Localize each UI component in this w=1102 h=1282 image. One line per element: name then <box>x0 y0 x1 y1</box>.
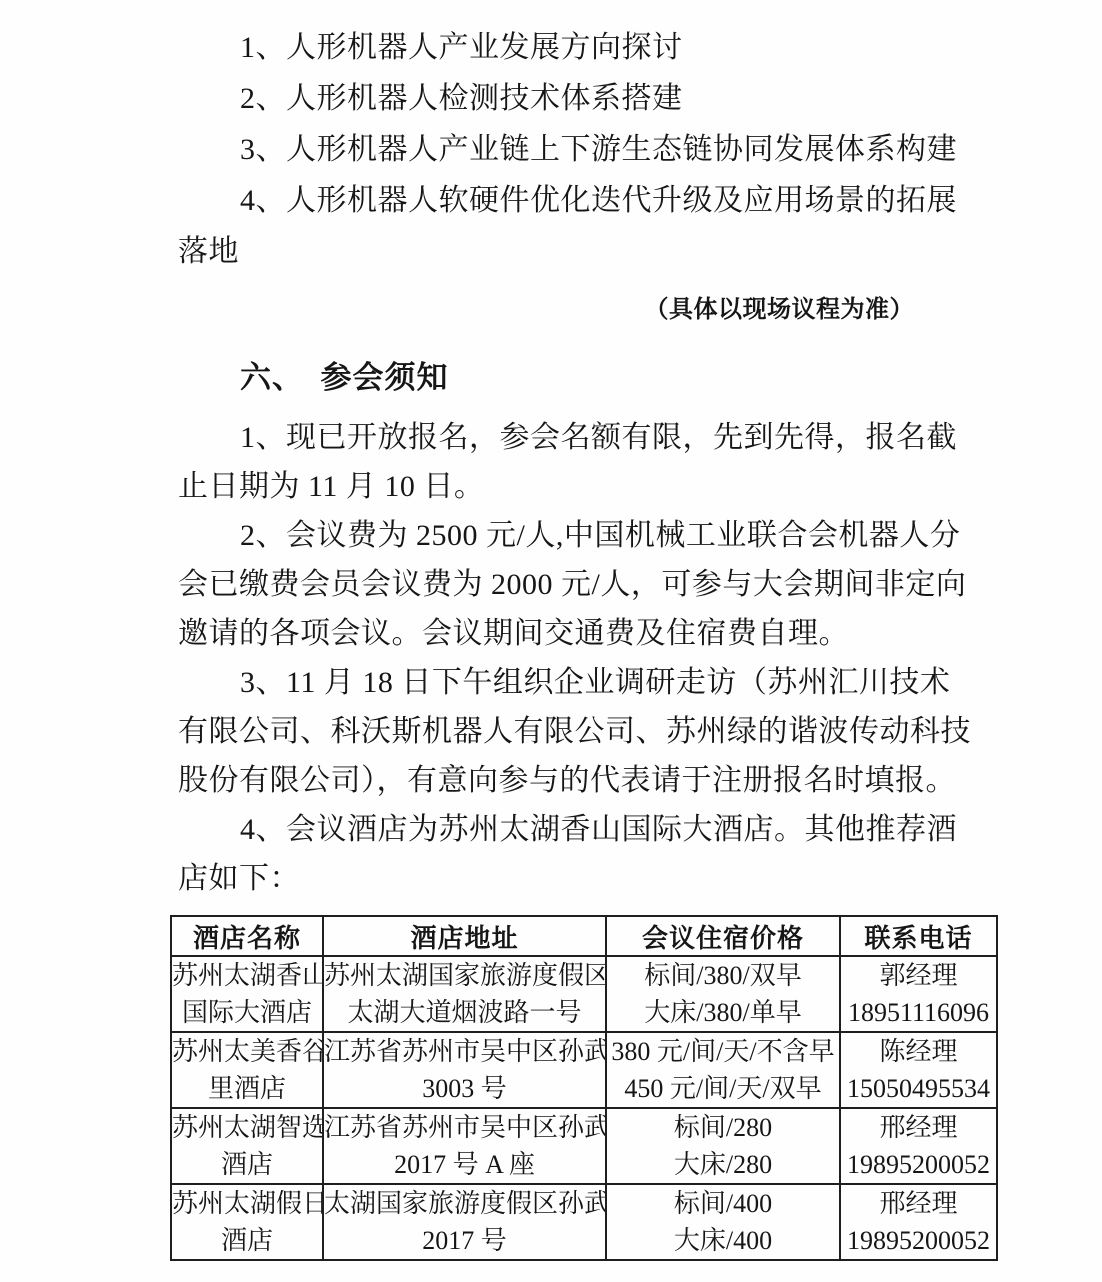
cell-line: 江苏省苏州市吴中区孙武路 <box>324 1109 605 1146</box>
hotel-contact-cell: 郭经理 18951116096 <box>840 956 997 1032</box>
hotel-table-header-row: 酒店名称 酒店地址 会议住宿价格 联系电话 <box>171 916 997 956</box>
cell-line: 陈经理 <box>841 1033 996 1070</box>
cell-line: 邢经理 <box>841 1185 996 1222</box>
hotel-contact-cell: 邢经理 19895200052 <box>840 1184 997 1260</box>
cell-line: 邢经理 <box>841 1109 996 1146</box>
cell-line: 苏州太湖智选 <box>172 1109 322 1146</box>
header-hotel-name: 酒店名称 <box>171 916 323 956</box>
cell-line: 太湖大道烟波路一号 <box>324 994 605 1031</box>
cell-line: 3003 号 <box>324 1070 605 1107</box>
hotel-address-cell: 苏州太湖国家旅游度假区环 太湖大道烟波路一号 <box>323 956 606 1032</box>
schedule-note: （具体以现场议程为准） <box>178 293 938 327</box>
cell-line: 苏州太湖国家旅游度假区环 <box>324 957 605 994</box>
header-hotel-address: 酒店地址 <box>323 916 606 956</box>
cell-line: 15050495534 <box>841 1070 996 1107</box>
cell-line: 19895200052 <box>841 1146 996 1183</box>
hotel-address-cell: 江苏省苏州市吴中区孙武路 2017 号 A 座 <box>323 1108 606 1184</box>
cell-line: 江苏省苏州市吴中区孙武路 <box>324 1033 605 1070</box>
hotel-price-cell: 标间/380/双早 大床/380/单早 <box>606 956 840 1032</box>
agenda-item-4: 4、人形机器人软硬件优化迭代升级及应用场景的拓展 <box>178 175 938 226</box>
cell-line: 苏州太美香谷 <box>172 1033 322 1070</box>
header-contact-phone: 联系电话 <box>840 916 997 956</box>
cell-line: 18951116096 <box>841 994 996 1031</box>
section-heading: 六、 参会须知 <box>178 357 938 399</box>
header-room-price: 会议住宿价格 <box>606 916 840 956</box>
para1-line1: 1、现已开放报名，参会名额有限，先到先得，报名截 <box>178 413 938 462</box>
cell-line: 450 元/间/天/双早 <box>607 1070 839 1107</box>
agenda-item-1: 1、人形机器人产业发展方向探讨 <box>178 22 938 73</box>
table-row: 苏州太美香谷 里酒店 江苏省苏州市吴中区孙武路 3003 号 380 元/间/天… <box>171 1032 997 1108</box>
cell-line: 标间/400 <box>607 1185 839 1222</box>
hotel-name-cell: 苏州太湖智选 酒店 <box>171 1108 323 1184</box>
hotel-contact-cell: 陈经理 15050495534 <box>840 1032 997 1108</box>
cell-line: 大床/400 <box>607 1222 839 1259</box>
document-page: 1、人形机器人产业发展方向探讨 2、人形机器人检测技术体系搭建 3、人形机器人产… <box>0 0 1102 1282</box>
notice-paragraphs: 1、现已开放报名，参会名额有限，先到先得，报名截 止日期为 11 月 10 日。… <box>178 413 938 903</box>
cell-line: 太湖国家旅游度假区孙武路 <box>324 1185 605 1222</box>
cell-line: 国际大酒店 <box>172 994 322 1031</box>
para3-line3: 股份有限公司），有意向参与的代表请于注册报名时填报。 <box>178 756 938 805</box>
hotel-address-cell: 太湖国家旅游度假区孙武路 2017 号 <box>323 1184 606 1260</box>
cell-line: 19895200052 <box>841 1222 996 1259</box>
hotel-name-cell: 苏州太湖香山 国际大酒店 <box>171 956 323 1032</box>
para4-line2: 店如下： <box>178 854 938 903</box>
hotel-name-cell: 苏州太湖假日 酒店 <box>171 1184 323 1260</box>
hotel-price-cell: 标间/400 大床/400 <box>606 1184 840 1260</box>
para2-line3: 邀请的各项会议。会议期间交通费及住宿费自理。 <box>178 609 938 658</box>
cell-line: 2017 号 A 座 <box>324 1146 605 1183</box>
para3-line2: 有限公司、科沃斯机器人有限公司、苏州绿的谐波传动科技 <box>178 707 938 756</box>
para2-line2: 会已缴费会员会议费为 2000 元/人，可参与大会期间非定向 <box>178 560 938 609</box>
agenda-item-2: 2、人形机器人检测技术体系搭建 <box>178 73 938 124</box>
table-row: 苏州太湖香山 国际大酒店 苏州太湖国家旅游度假区环 太湖大道烟波路一号 标间/3… <box>171 956 997 1032</box>
cell-line: 里酒店 <box>172 1070 322 1107</box>
hotel-contact-cell: 邢经理 19895200052 <box>840 1108 997 1184</box>
cell-line: 酒店 <box>172 1146 322 1183</box>
cell-line: 酒店 <box>172 1222 322 1259</box>
cell-line: 2017 号 <box>324 1222 605 1259</box>
table-row: 苏州太湖智选 酒店 江苏省苏州市吴中区孙武路 2017 号 A 座 标间/280… <box>171 1108 997 1184</box>
cell-line: 苏州太湖香山 <box>172 957 322 994</box>
cell-line: 大床/380/单早 <box>607 994 839 1031</box>
hotel-price-cell: 标间/280 大床/280 <box>606 1108 840 1184</box>
cell-line: 标间/280 <box>607 1109 839 1146</box>
hotel-name-cell: 苏州太美香谷 里酒店 <box>171 1032 323 1108</box>
cell-line: 郭经理 <box>841 957 996 994</box>
cell-line: 苏州太湖假日 <box>172 1185 322 1222</box>
content-block: 1、人形机器人产业发展方向探讨 2、人形机器人检测技术体系搭建 3、人形机器人产… <box>178 0 938 903</box>
agenda-item-4-continuation: 落地 <box>178 226 938 277</box>
cell-line: 大床/280 <box>607 1146 839 1183</box>
cell-line: 标间/380/双早 <box>607 957 839 994</box>
para4-line1: 4、会议酒店为苏州太湖香山国际大酒店。其他推荐酒 <box>178 805 938 854</box>
cell-line: 380 元/间/天/不含早 <box>607 1033 839 1070</box>
para1-line2: 止日期为 11 月 10 日。 <box>178 462 938 511</box>
hotel-price-cell: 380 元/间/天/不含早 450 元/间/天/双早 <box>606 1032 840 1108</box>
hotel-table: 酒店名称 酒店地址 会议住宿价格 联系电话 苏州太湖香山 国际大酒店 苏州太湖国… <box>170 915 998 1261</box>
agenda-item-3: 3、人形机器人产业链上下游生态链协同发展体系构建 <box>178 124 938 175</box>
table-row: 苏州太湖假日 酒店 太湖国家旅游度假区孙武路 2017 号 标间/400 大床/… <box>171 1184 997 1260</box>
para2-line1: 2、会议费为 2500 元/人,中国机械工业联合会机器人分 <box>178 511 938 560</box>
para3-line1: 3、11 月 18 日下午组织企业调研走访（苏州汇川技术 <box>178 658 938 707</box>
hotel-address-cell: 江苏省苏州市吴中区孙武路 3003 号 <box>323 1032 606 1108</box>
